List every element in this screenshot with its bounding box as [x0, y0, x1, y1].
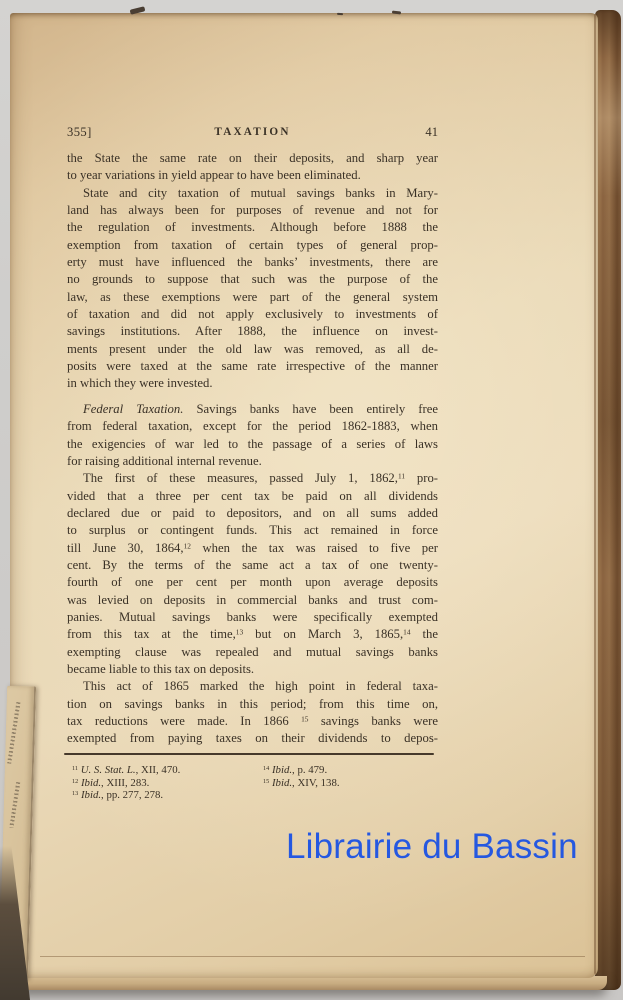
footnote-rule	[64, 753, 434, 755]
text-line: The first of these measures, passed July…	[67, 470, 438, 487]
text-line: exempting clause was repealed and mutual…	[67, 644, 438, 661]
text-line: vided that a three per cent tax be paid …	[67, 488, 438, 505]
paragraph: The first of these measures, passed July…	[67, 470, 438, 678]
text-line: land has always been for purposes of rev…	[67, 202, 438, 219]
text-line: tion on savings banks in this period; fr…	[67, 696, 438, 713]
paragraph: This act of 1865 marked the high point i…	[67, 678, 438, 747]
page-stack-bottom-edge	[17, 976, 607, 990]
text-line: from federal taxation, except for the pe…	[67, 418, 438, 435]
text-line: ments present under the old law was remo…	[67, 341, 438, 358]
text-line: the exigencies of war led to the passage…	[67, 436, 438, 453]
text-line: was levied on deposits in commercial ban…	[67, 592, 438, 609]
text-line: to surplus or contingent funds. This act…	[67, 522, 438, 539]
text-line: law, as these exemptions were part of th…	[67, 289, 438, 306]
page-bottom-crease	[40, 956, 585, 957]
paragraph: State and city taxation of mutual saving…	[67, 185, 438, 393]
footnote-column-left: 11 U. S. Stat. L., XII, 470.12 Ibid., XI…	[72, 764, 180, 802]
paragraph: Federal Taxation. Savings banks have bee…	[67, 401, 438, 470]
footnote-column-right: 14 Ibid., p. 479.15 Ibid., XIV, 138.	[263, 764, 340, 789]
paper-speck	[337, 13, 343, 15]
text-line: no grounds to suppose that such was the …	[67, 271, 438, 288]
text-line: tax reductions were made. In 1866 15 sav…	[67, 713, 438, 730]
text-line: panies. Mutual savings banks were specif…	[67, 609, 438, 626]
page-edge-seam	[594, 14, 596, 974]
text-line: to year variations in yield appear to ha…	[67, 167, 438, 184]
text-line: State and city taxation of mutual saving…	[67, 185, 438, 202]
text-line: savings institutions. After 1888, the in…	[67, 323, 438, 340]
watermark-text: Librairie du Bassin	[286, 827, 578, 867]
text-line: erty must have influenced the banks’ inv…	[67, 254, 438, 271]
text-line: fourth of one per cent per month upon av…	[67, 574, 438, 591]
footnote: 14 Ibid., p. 479.	[263, 764, 340, 777]
text-line: declared due or paid to depositors, and …	[67, 505, 438, 522]
text-line: exempted from paying taxes on their divi…	[67, 730, 438, 747]
text-line: cent. By the terms of the same act a tax…	[67, 557, 438, 574]
footnote: 13 Ibid., pp. 277, 278.	[72, 789, 180, 802]
text-line: exemption from taxation of certain types…	[67, 237, 438, 254]
page-number: 41	[425, 125, 438, 140]
text-line: till June 30, 1864,12 when the tax was r…	[67, 540, 438, 557]
paragraph: the State the same rate on their deposit…	[67, 150, 438, 185]
text-line: the State the same rate on their deposit…	[67, 150, 438, 167]
text-line: Federal Taxation. Savings banks have bee…	[67, 401, 438, 418]
body-text: the State the same rate on their deposit…	[67, 150, 438, 748]
adjacent-page-text-marks	[7, 702, 20, 764]
text-line: of taxation and did not apply exclusivel…	[67, 306, 438, 323]
text-line: became liable to this tax on deposits.	[67, 661, 438, 678]
page-header: 355] TAXATION 41	[67, 125, 438, 143]
text-line: This act of 1865 marked the high point i…	[67, 678, 438, 695]
footnote: 15 Ibid., XIV, 138.	[263, 777, 340, 790]
text-line: from this tax at the time,13 but on Marc…	[67, 626, 438, 643]
running-title: TAXATION	[67, 126, 438, 138]
text-line: posits were taxed at the same rate irres…	[67, 358, 438, 375]
footnote: 11 U. S. Stat. L., XII, 470.	[72, 764, 180, 777]
book-fore-edge	[595, 10, 621, 990]
text-line: for raising additional internal revenue.	[67, 453, 438, 470]
text-line: the regulation of investments. Although …	[67, 219, 438, 236]
text-line: in which they were invested.	[67, 375, 438, 392]
footnote: 12 Ibid., XIII, 283.	[72, 777, 180, 790]
adjacent-page-text-marks	[9, 782, 20, 828]
book-photo: 355] TAXATION 41 the State the same rate…	[0, 0, 623, 1000]
